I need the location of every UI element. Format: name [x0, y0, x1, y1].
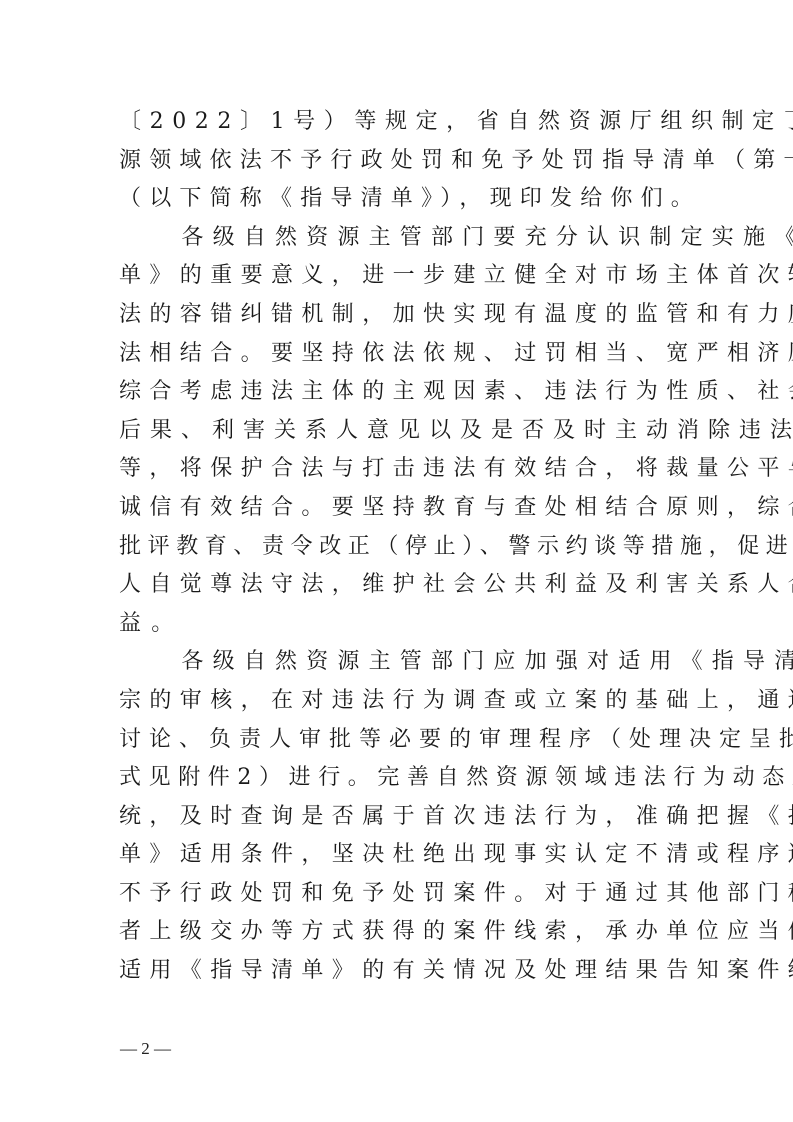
text-line: 法相结合。要坚持依法依规、过罚相当、宽严相济原则， [119, 335, 679, 374]
text-line: 人自觉尊法守法，维护社会公共利益及利害关系人合法权 [119, 566, 679, 605]
text-line: 单》适用条件，坚决杜绝出现事实认定不清或程序违法的 [119, 836, 679, 875]
text-line: 不予行政处罚和免予处罚案件。对于通过其他部门移送或 [119, 875, 679, 914]
text-line: 统，及时查询是否属于首次违法行为，准确把握《指导清 [119, 798, 679, 837]
text-line: 单》的重要意义，进一步建立健全对市场主体首次轻微违 [119, 257, 679, 296]
text-line: 源领域依法不予行政处罚和免予处罚指导清单（第一批）》 [119, 142, 679, 181]
text-line: 者上级交办等方式获得的案件线索，承办单位应当依法将 [119, 913, 679, 952]
text-line: 后果、利害关系人意见以及是否及时主动消除违法状态 [119, 412, 679, 451]
page-number: — 2 — [120, 1039, 171, 1059]
body-text: 〔2022〕1号）等规定，省自然资源厅组织制定了《自然资 源领域依法不予行政处罚… [119, 103, 679, 991]
text-line: 各级自然资源主管部门要充分认识制定实施《指导清 [119, 219, 679, 258]
text-line: 批评教育、责令改正（停止）、警示约谈等措施，促进当事 [119, 528, 679, 567]
text-line: 宗的审核，在对违法行为调查或立案的基础上，通过集体 [119, 682, 679, 721]
text-line: 各级自然资源主管部门应加强对适用《指导清单》案 [119, 643, 679, 682]
text-line: 益。 [119, 605, 679, 644]
text-line: 综合考虑违法主体的主观因素、违法行为性质、社会危害 [119, 373, 679, 412]
text-line: 法的容错纠错机制，加快实现有温度的监管和有力度的执 [119, 296, 679, 335]
document-page: 〔2022〕1号）等规定，省自然资源厅组织制定了《自然资 源领域依法不予行政处罚… [0, 0, 793, 1122]
text-line: 诚信有效结合。要坚持教育与查处相结合原则，综合采取 [119, 489, 679, 528]
text-line: 适用《指导清单》的有关情况及处理结果告知案件线索来 [119, 952, 679, 991]
text-line: 讨论、负责人审批等必要的审理程序（处理决定呈批表格 [119, 721, 679, 760]
text-line: （以下简称《指导清单》），现印发给你们。 [119, 180, 679, 219]
text-line: 等，将保护合法与打击违法有效结合，将裁量公平与鼓励 [119, 450, 679, 489]
text-line: 〔2022〕1号）等规定，省自然资源厅组织制定了《自然资 [119, 103, 679, 142]
text-line: 式见附件2）进行。完善自然资源领域违法行为动态监管系 [119, 759, 679, 798]
